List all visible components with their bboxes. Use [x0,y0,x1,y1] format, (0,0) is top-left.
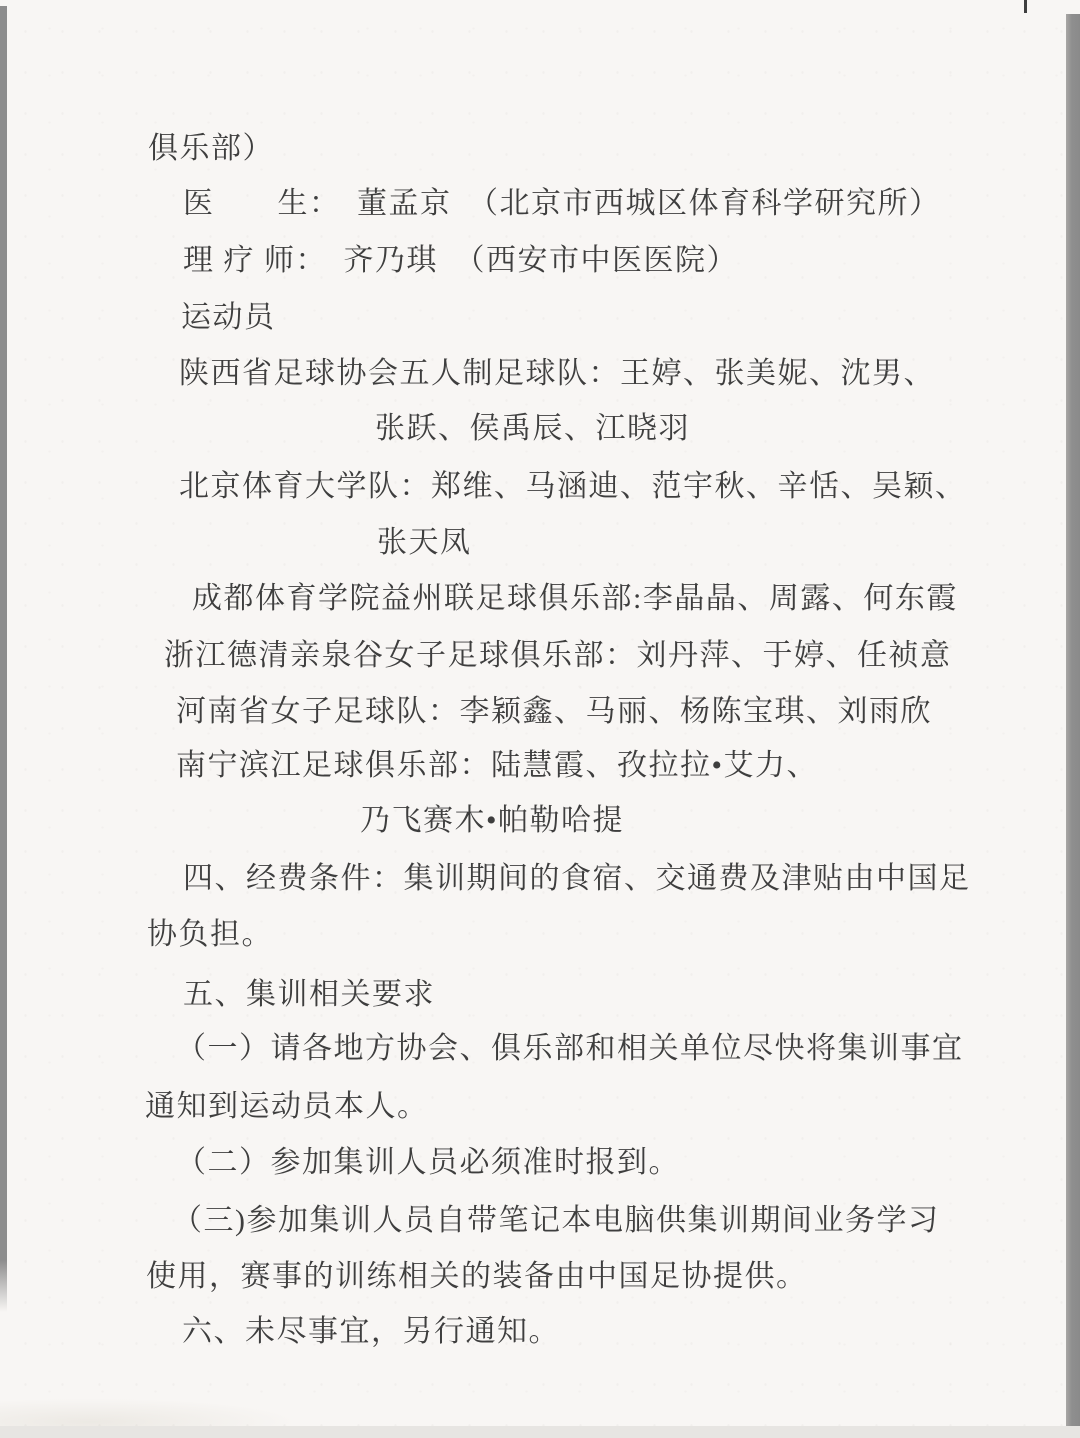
line-club-continuation: 俱乐部） [148,131,274,167]
line-item5-requirements: 五、集训相关要求 [183,977,435,1013]
line-bsu-team-cont: 张天凤 [377,525,472,561]
line-nanning-club-cont: 乃飞赛木•帕勒哈提 [360,803,624,839]
top-edge-mark [1024,0,1027,13]
page-right-edge-shadow [1066,14,1080,1438]
line-item4-funding-cont: 协负担。 [147,917,273,953]
line-chengdu-club: 成都体育学院益州联足球俱乐部:李晶晶、周露、何东霞 [192,581,958,617]
line-bsu-team: 北京体育大学队：郑维、马涵迪、范宇秋、辛恬、吴颖、 [179,469,967,505]
line-requirement3-cont: 使用，赛事的训练相关的装备由中国足协提供。 [146,1259,808,1295]
line-zhejiang-club: 浙江德清亲泉谷女子足球俱乐部：刘丹萍、于婷、任祯意 [164,638,952,674]
bottom-edge-shadow [0,1426,1080,1438]
line-requirement3: （三)参加集训人员自带笔记本电脑供集训期间业务学习 [172,1203,940,1239]
line-requirement1-cont: 通知到运动员本人。 [145,1089,429,1125]
line-item4-funding: 四、经费条件：集训期间的食宿、交通费及津贴由中国足 [183,861,971,897]
line-item6-notice: 六、未尽事宜，另行通知。 [182,1314,560,1350]
line-nanning-club: 南宁滨江足球俱乐部：陆慧霞、孜拉拉•艾力、 [176,748,818,784]
line-henan-team: 河南省女子足球队：李颖鑫、马丽、杨陈宝琪、刘雨欣 [176,694,932,730]
line-physiotherapist: 理 疗 师： 齐乃琪 （西安市中医医院） [183,243,738,279]
scanned-document-page: 俱乐部） 医 生： 董孟京 （北京市西城区体育科学研究所） 理 疗 师： 齐乃琪… [0,0,1080,1438]
line-requirement1: （一）请各地方协会、俱乐部和相关单位尽快将集训事宜 [176,1031,964,1067]
line-doctor: 医 生： 董孟京 （北京市西城区体育科学研究所） [183,186,941,222]
page-left-edge-shadow [0,6,7,1312]
line-requirement2: （二）参加集训人员必须准时报到。 [176,1145,680,1181]
line-shaanxi-futsal-cont: 张跃、侯禹辰、江晓羽 [375,411,690,447]
line-athletes-heading: 运动员 [181,300,276,336]
line-shaanxi-futsal-team: 陕西省足球协会五人制足球队：王婷、张美妮、沈男、 [179,356,935,392]
